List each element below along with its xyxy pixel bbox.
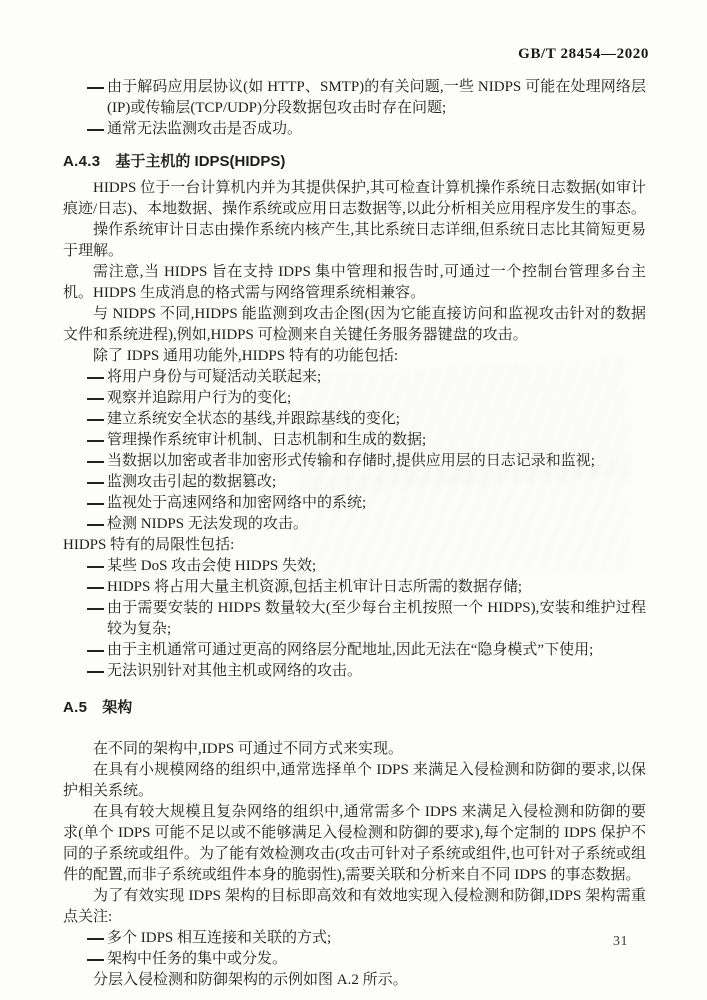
bullet-track-behavior: 观察并追踪用户行为的变化; [63,388,646,409]
bullet-manage-audit: 管理操作系统审计机制、日志机制和生成的数据; [63,430,646,451]
em-dash-bullet-icon [87,928,107,949]
em-dash-bullet-icon [87,367,107,388]
document-page: GB/T 28454—2020 由于解码应用层协议(如 HTTP、SMTP)的有… [0,0,707,1000]
em-dash-bullet-icon [87,661,107,682]
list-item-text: 多个 IDPS 相互连接和关联的方式; [107,928,646,949]
em-dash-bullet-icon [87,556,107,577]
para-arch-intro: 在不同的架构中,IDPS 可通过不同方式来实现。 [63,739,646,760]
list-item-text: 某些 DoS 攻击会使 HIDPS 失效; [107,556,646,577]
list-item-text: 建立系统安全状态的基线,并跟踪基线的变化; [107,409,646,430]
para-hidps-console: 需注意,当 HIDPS 旨在支持 IDPS 集中管理和报告时,可通过一个控制台管… [63,262,646,304]
page-number: 31 [613,934,628,950]
list-item-text: 管理操作系统审计机制、日志机制和生成的数据; [107,430,646,451]
bullet-nidps-success: 通常无法监测攻击是否成功。 [63,119,646,140]
bullet-nidps-decode: 由于解码应用层协议(如 HTTP、SMTP)的有关问题,一些 NIDPS 可能在… [63,77,646,119]
para-os-audit-log: 操作系统审计日志由操作系统内核产生,其比系统日志详细,但系统日志比其简短更易于理… [63,220,646,262]
bullet-other-hosts: 无法识别针对其他主机或网络的攻击。 [63,661,646,682]
section-heading-a5: A.5架构 [63,697,646,718]
em-dash-bullet-icon [87,388,107,409]
list-item-text: 通常无法监测攻击是否成功。 [107,119,646,140]
para-arch-small: 在具有小规模网络的组织中,通常选择单个 IDPS 来满足入侵检测和防御的要求,以… [63,760,646,802]
em-dash-bullet-icon [87,598,107,619]
list-item-text: 监测攻击引起的数据篡改; [107,472,646,493]
para-figure-ref: 分层入侵检测和防御架构的示例如图 A.2 所示。 [63,970,646,991]
em-dash-bullet-icon [87,493,107,514]
document-content: 由于解码应用层协议(如 HTTP、SMTP)的有关问题,一些 NIDPS 可能在… [63,77,646,991]
em-dash-bullet-icon [87,77,107,98]
bullet-idps-interconnect: 多个 IDPS 相互连接和关联的方式; [63,928,646,949]
bullet-dos: 某些 DoS 攻击会使 HIDPS 失效; [63,556,646,577]
list-item-text: 由于主机通常可通过更高的网络层分配地址,因此无法在“隐身模式”下使用; [107,640,646,661]
em-dash-bullet-icon [87,472,107,493]
para-arch-goal: 为了有效实现 IDPS 架构的目标即高效和有效地实现入侵检测和防御,IDPS 架… [63,886,646,928]
list-item-text: 由于需要安装的 HIDPS 数量较大(至少每台主机按照一个 HIDPS),安装和… [107,598,646,640]
bullet-task-distribution: 架构中任务的集中或分发。 [63,949,646,970]
em-dash-bullet-icon [87,949,107,970]
list-item-text: 由于解码应用层协议(如 HTTP、SMTP)的有关问题,一些 NIDPS 可能在… [107,77,646,119]
list-item-text: 架构中任务的集中或分发。 [107,949,646,970]
bullet-highspeed: 监视处于高速网络和加密网络中的系统; [63,493,646,514]
em-dash-bullet-icon [87,451,107,472]
bullet-host-resources: HIDPS 将占用大量主机资源,包括主机审计日志所需的数据存储; [63,577,646,598]
bullet-encrypted-data: 当数据以加密或者非加密形式传输和存储时,提供应用层的日志记录和监视; [63,451,646,472]
bullet-user-identity: 将用户身份与可疑活动关联起来; [63,367,646,388]
para-hidps-intro: HIDPS 位于一台计算机内并为其提供保护,其可检查计算机操作系统日志数据(如审… [63,178,646,220]
section-title: 基于主机的 IDPS(HIDPS) [115,153,285,170]
list-item-text: 当数据以加密或者非加密形式传输和存储时,提供应用层的日志记录和监视; [107,451,646,472]
bullet-tamper: 监测攻击引起的数据篡改; [63,472,646,493]
para-hidps-functions-lead: 除了 IDPS 通用功能外,HIDPS 特有的功能包括: [63,346,646,367]
em-dash-bullet-icon [87,640,107,661]
para-hidps-vs-nidps: 与 NIDPS 不同,HIDPS 能监测到攻击企图(因为它能直接访问和监视攻击针… [63,304,646,346]
em-dash-bullet-icon [87,577,107,598]
section-number: A.5 [63,699,87,716]
em-dash-bullet-icon [87,514,107,535]
list-item-text: 观察并追踪用户行为的变化; [107,388,646,409]
bullet-install-complex: 由于需要安装的 HIDPS 数量较大(至少每台主机按照一个 HIDPS),安装和… [63,598,646,640]
bullet-baseline: 建立系统安全状态的基线,并跟踪基线的变化; [63,409,646,430]
em-dash-bullet-icon [87,409,107,430]
section-heading-a43: A.4.3基于主机的 IDPS(HIDPS) [63,151,646,172]
list-item-text: 无法识别针对其他主机或网络的攻击。 [107,661,646,682]
section-title: 架构 [102,699,132,716]
em-dash-bullet-icon [87,119,107,140]
list-item-text: 监视处于高速网络和加密网络中的系统; [107,493,646,514]
para-arch-large: 在具有较大规模且复杂网络的组织中,通常需多个 IDPS 来满足入侵检测和防御的要… [63,802,646,886]
bullet-detect-nidps-miss: 检测 NIDPS 无法发现的攻击。 [63,514,646,535]
section-number: A.4.3 [63,153,100,170]
para-hidps-limitations-lead: HIDPS 特有的局限性包括: [63,535,646,556]
list-item-text: 将用户身份与可疑活动关联起来; [107,367,646,388]
bullet-stealth-mode: 由于主机通常可通过更高的网络层分配地址,因此无法在“隐身模式”下使用; [63,640,646,661]
list-item-text: 检测 NIDPS 无法发现的攻击。 [107,514,646,535]
list-item-text: HIDPS 将占用大量主机资源,包括主机审计日志所需的数据存储; [107,577,646,598]
em-dash-bullet-icon [87,430,107,451]
standard-number-header: GB/T 28454—2020 [518,46,649,63]
